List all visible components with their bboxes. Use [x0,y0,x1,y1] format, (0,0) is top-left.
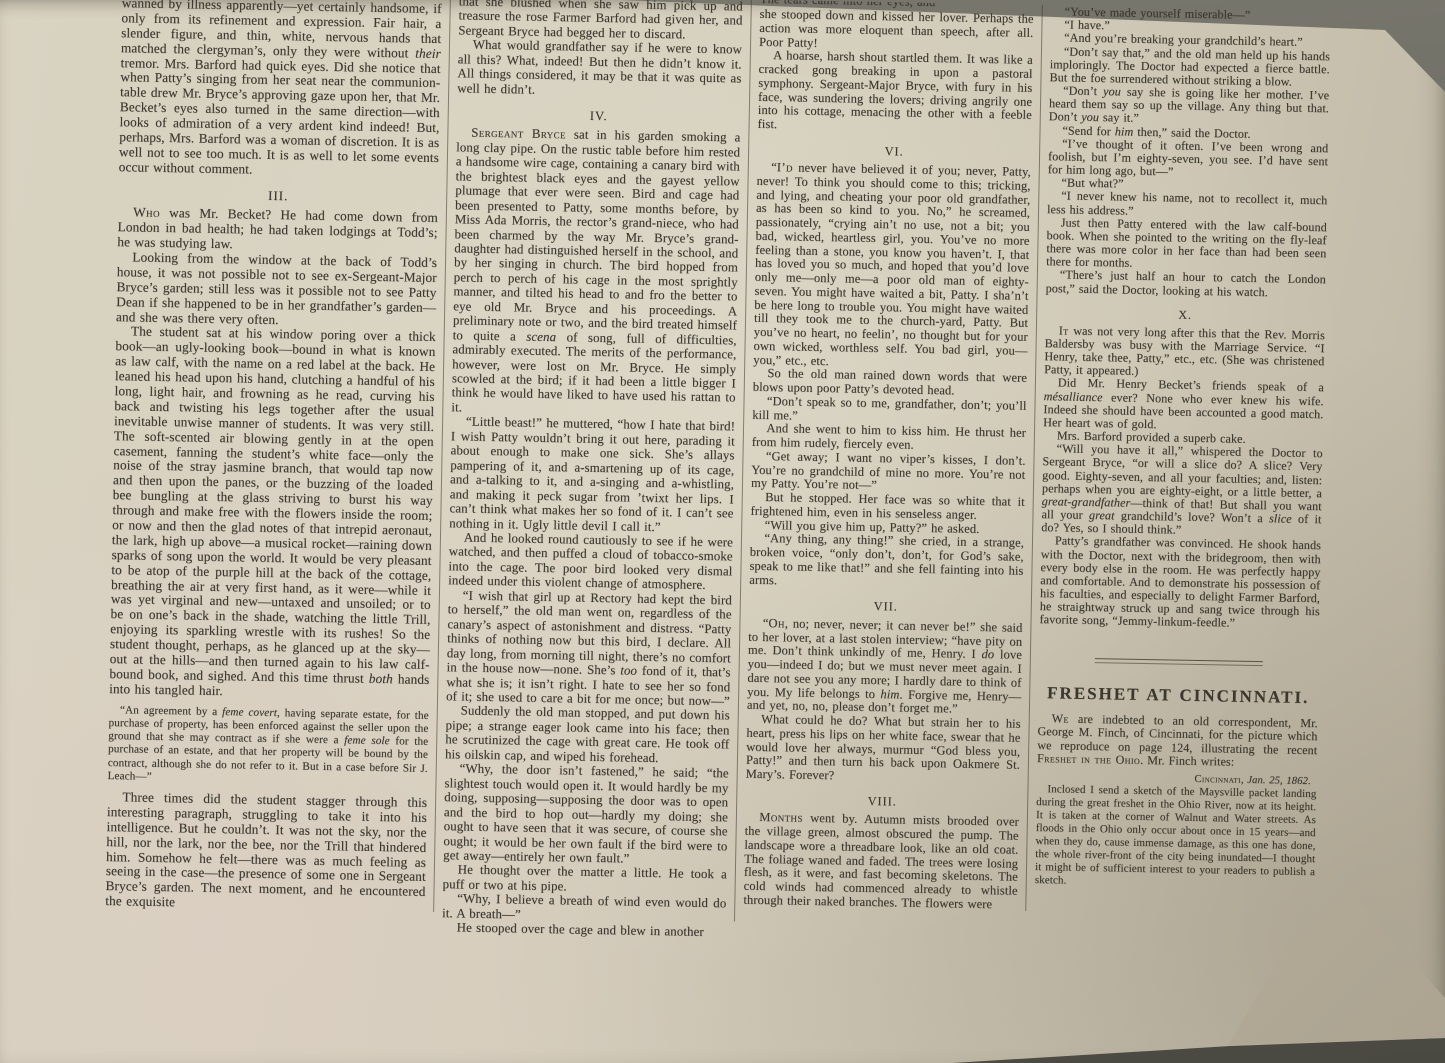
paragraph: “I’d never have believed it of you; neve… [753,161,1031,372]
paragraph: We are indebted to an old correspondent,… [1037,712,1318,770]
paragraph: The student sat at his window poring ove… [109,324,436,702]
paragraph-continuation: wanned by illness apparently—yet certain… [119,0,442,181]
letter-paragraph: Inclosed I send a sketch of the Maysvill… [1035,783,1317,892]
column-3: The tears came into her eyes, andshe sto… [735,0,1042,946]
paragraph: Who was Mr. Becket? He had come down fro… [117,205,438,256]
section-heading: VIII. [745,793,1019,811]
paragraph: Looking from the window at the back of T… [116,250,437,330]
paragraph: And he looked round cautiously to see if… [448,530,733,593]
text-columns: and delicate, perhaps, andwanned by illn… [97,0,1354,951]
paragraph: Suddenly the old man stopped, and put do… [445,704,730,767]
separator-rule [1095,658,1263,666]
paragraph: “There’s just half an hour to catch the … [1046,269,1326,300]
paragraph: “Get away; I want no viper’s kisses, I d… [751,450,1026,496]
section-heading: X. [1045,306,1325,324]
section-heading: VI. [757,143,1031,161]
section-heading: IV. [457,106,741,125]
paragraph: Just then Patty entered with the law cal… [1046,216,1327,274]
column-1: and delicate, perhaps, andwanned by illn… [97,0,450,935]
paragraph: “Don’t say that,” and the old man held u… [1049,45,1330,90]
paragraph: “Don’t you say she is going like her mot… [1049,84,1330,129]
paragraph: “Why, the door isn’t fastened,” he said;… [443,761,729,867]
paragraph: Did Mr. Henry Becket’s friends speak of … [1043,376,1324,434]
paragraph: A hoarse, harsh shout startled them. It … [757,49,1032,137]
paragraph: “I’ve thought of it often. I’ve been wro… [1048,137,1329,182]
article-title: FRESHET AT CINCINNATI. [1038,684,1318,708]
paragraph: “Little beast!” he muttered, “how I hate… [449,415,735,536]
newspaper-page-photo: and delicate, perhaps, andwanned by illn… [0,0,1445,1063]
paragraph: “Oh, no; never, never; it can never be!”… [747,617,1023,718]
section-heading: VII. [749,598,1023,616]
paragraph: “I wish that girl up at Rectory had kept… [446,588,732,709]
paragraph: It was not very long after this that the… [1044,324,1325,382]
paragraph: Three times did the student stagger thro… [105,790,427,915]
paragraph: “Will you have it all,” whispered the Do… [1041,442,1323,539]
section-heading: III. [118,186,438,206]
column-2: that she blushed when she saw him pick u… [434,0,751,940]
paragraph-continuation: that she blushed when she saw him pick u… [458,0,743,43]
column-4: “You’ve made yourself miserable—”“I have… [1026,5,1339,951]
paragraph-continuation: she stooped down and kissed her lover. P… [759,8,1034,54]
paragraph: What would grandfather say if he were to… [457,38,742,101]
paragraph: “Any thing, any thing!” she cried, in a … [749,532,1024,592]
paragraph: Months went by. Autumn mists brooded ove… [743,811,1019,912]
paragraph: Sergeant Bryce sat in his garden smoking… [451,126,740,420]
legal-excerpt: “An agreement by a feme covert, having s… [107,704,428,789]
paragraph: Patty’s grandfather was convinced. He sh… [1039,535,1321,632]
paragraph: What could he do? What but strain her to… [746,713,1021,787]
